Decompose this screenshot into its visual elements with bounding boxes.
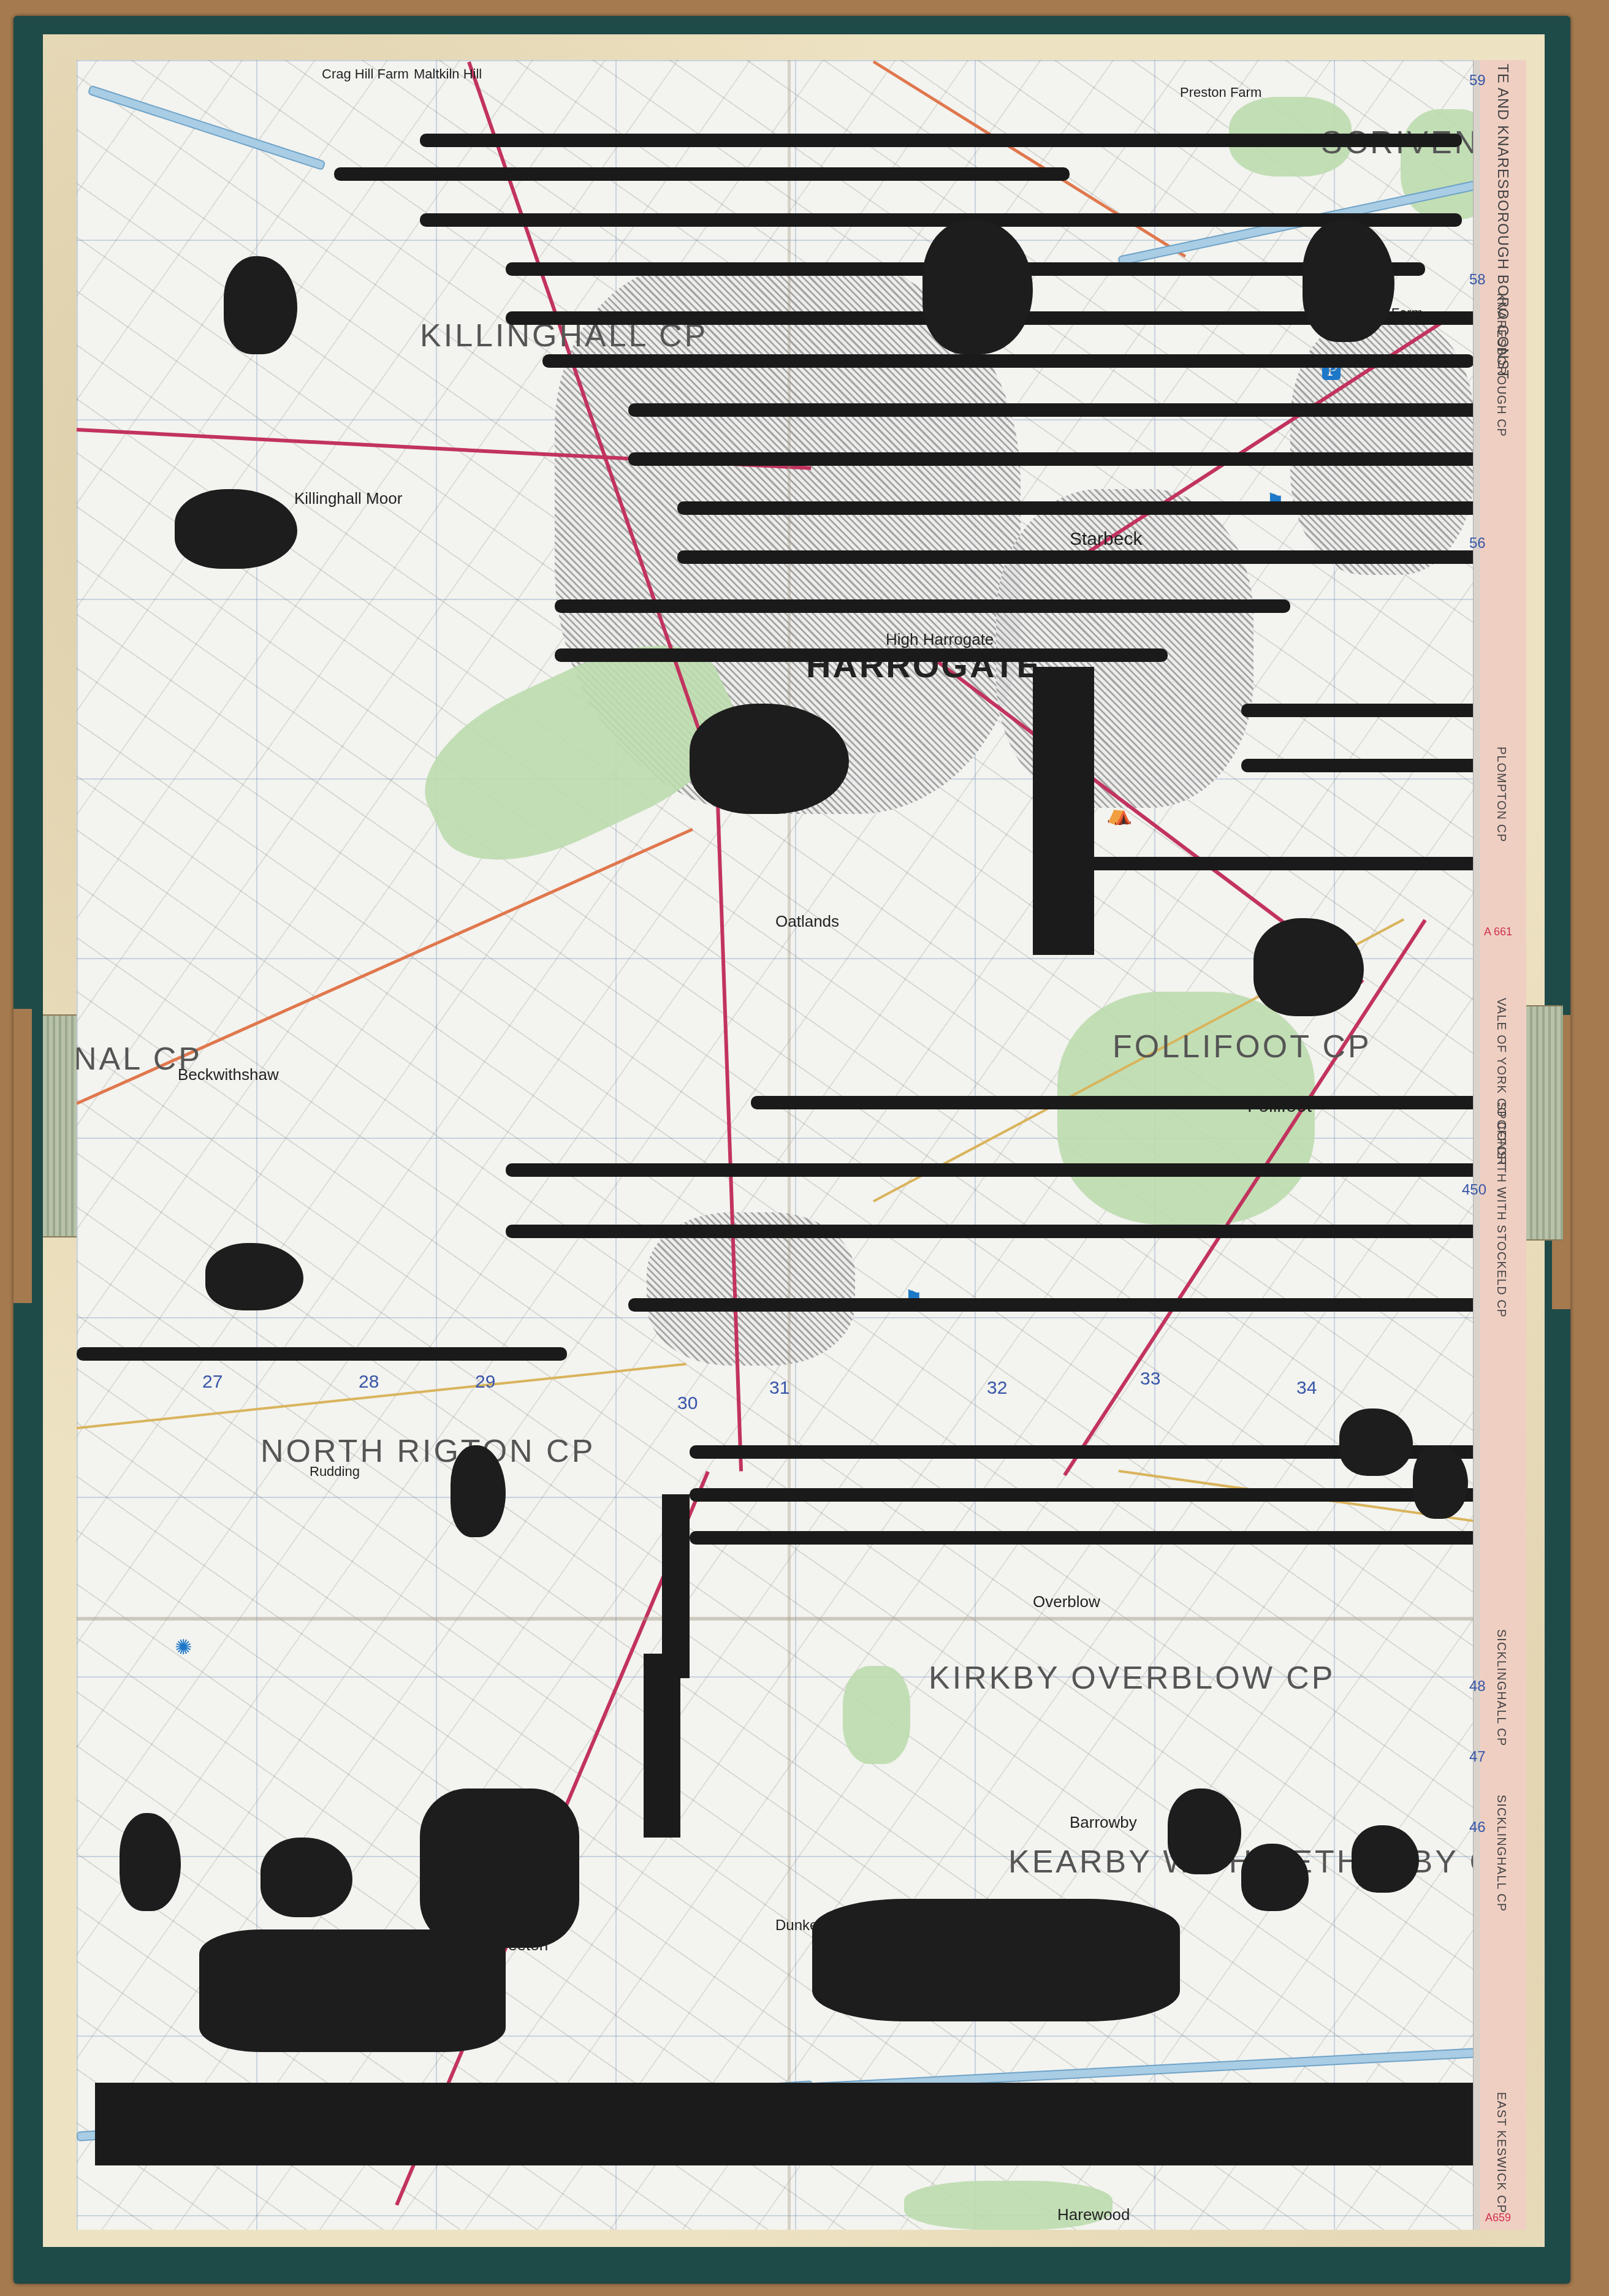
ink-blot <box>261 1838 352 1917</box>
parish-label: KIRKBY OVERBLOW CP <box>929 1660 1335 1697</box>
ink-streak <box>77 1347 567 1361</box>
parish-label: NORTH RIGTON CP <box>261 1433 595 1470</box>
ink-streak <box>628 1298 1480 1312</box>
grid-number: 33 <box>1140 1369 1160 1389</box>
place-label: Starbeck <box>1070 529 1142 550</box>
place-label: High Harrogate <box>886 630 994 649</box>
map-margin: TE AND KNARESBOROUGH BORO CONST KNARESBO… <box>1480 60 1526 2230</box>
margin-label: KNARESBOROUGH CP <box>1494 293 1508 437</box>
place-label: Crag Hill Farm <box>322 66 409 82</box>
ink-streak <box>506 1163 1480 1177</box>
grid-number: 58 <box>1469 272 1486 289</box>
ink-blot <box>1168 1789 1241 1874</box>
grid-number: 59 <box>1469 72 1486 89</box>
ink-streak <box>420 213 1462 227</box>
frame-gap-left <box>13 1009 32 1303</box>
ink-bottom-band <box>95 2083 1480 2165</box>
parish-label: PANNAL CP <box>77 1041 202 1078</box>
ink-streak <box>690 1531 1480 1545</box>
map-fold <box>788 60 791 2230</box>
ink-blot <box>205 1243 303 1310</box>
place-label: Killinghall Moor <box>294 489 402 508</box>
margin-label: PLOMPTON CP <box>1494 747 1508 842</box>
grid-number: 47 <box>1469 1749 1486 1766</box>
ink-streak <box>506 1225 1480 1238</box>
ink-vertical-bar <box>662 1494 690 1678</box>
grid-number: 28 <box>359 1372 379 1393</box>
grid-number: 27 <box>202 1372 223 1393</box>
margin-label: SICKLINGHALL CP <box>1494 1795 1508 1912</box>
place-label: Oatlands <box>775 912 839 931</box>
ink-blot <box>812 1899 1180 2021</box>
map-fold <box>77 1617 1480 1621</box>
ink-streak <box>628 452 1480 466</box>
ink-vertical-bar <box>1033 667 1094 955</box>
ink-blot <box>1339 1408 1413 1476</box>
woodland <box>843 1666 910 1764</box>
ink-streak <box>1241 759 1480 772</box>
place-label: Preston Farm <box>1180 85 1261 101</box>
cloth-hinge-left <box>43 1014 77 1237</box>
margin-label: SPOFFORTH WITH STOCKELD CP <box>1494 1102 1508 1318</box>
ink-blot <box>199 1929 506 2052</box>
map-sheet: HARROGATE High Harrogate Starbeck Follif… <box>77 60 1480 2230</box>
viewpoint-icon: ✺ <box>175 1635 192 1660</box>
ink-blot <box>1241 1844 1309 1911</box>
place-label: Harewood <box>1057 2205 1130 2224</box>
grid-number: 34 <box>1296 1378 1317 1399</box>
ink-streak <box>628 403 1480 417</box>
place-label: Barrowby <box>1070 1813 1137 1832</box>
ink-blot <box>420 1789 579 1948</box>
place-label: Maltkiln Hill <box>414 66 482 82</box>
grid-number: 56 <box>1469 535 1486 552</box>
ink-blot <box>1413 1445 1468 1519</box>
ink-streak <box>1057 857 1480 870</box>
grid-number: 48 <box>1469 1678 1486 1695</box>
margin-label: SICKLINGHALL CP <box>1494 1629 1508 1746</box>
ink-streak <box>690 1488 1480 1502</box>
ink-streak <box>677 550 1480 564</box>
ink-blot <box>175 489 297 569</box>
ink-streak <box>555 599 1290 613</box>
ink-streak <box>1241 704 1480 717</box>
grid-number: 29 <box>475 1372 495 1393</box>
grid-number: 32 <box>987 1378 1007 1399</box>
place-label: Overblow <box>1033 1592 1100 1611</box>
ink-streak <box>555 648 1168 662</box>
margin-label: EAST KESWICK CP <box>1494 2092 1508 2213</box>
ink-streak <box>420 134 1462 147</box>
ink-vertical-bar <box>644 1654 680 1838</box>
grid-number: 450 <box>1462 1182 1486 1199</box>
grid-number: 30 <box>677 1393 698 1414</box>
campsite-icon: ⛺ <box>1106 802 1132 826</box>
ink-streak <box>677 501 1480 515</box>
parish-label: FOLLIFOOT CP <box>1113 1028 1372 1065</box>
ink-streak <box>751 1096 1480 1109</box>
ink-streak <box>334 167 1070 181</box>
grid-number: 46 <box>1469 1819 1486 1836</box>
ink-blot <box>1352 1825 1419 1893</box>
grid-number: 31 <box>769 1378 789 1399</box>
ink-streak <box>542 354 1474 368</box>
cloth-hinge-right <box>1520 1005 1563 1241</box>
road-label: A659 <box>1485 2211 1511 2224</box>
road-label: A 661 <box>1484 926 1512 938</box>
